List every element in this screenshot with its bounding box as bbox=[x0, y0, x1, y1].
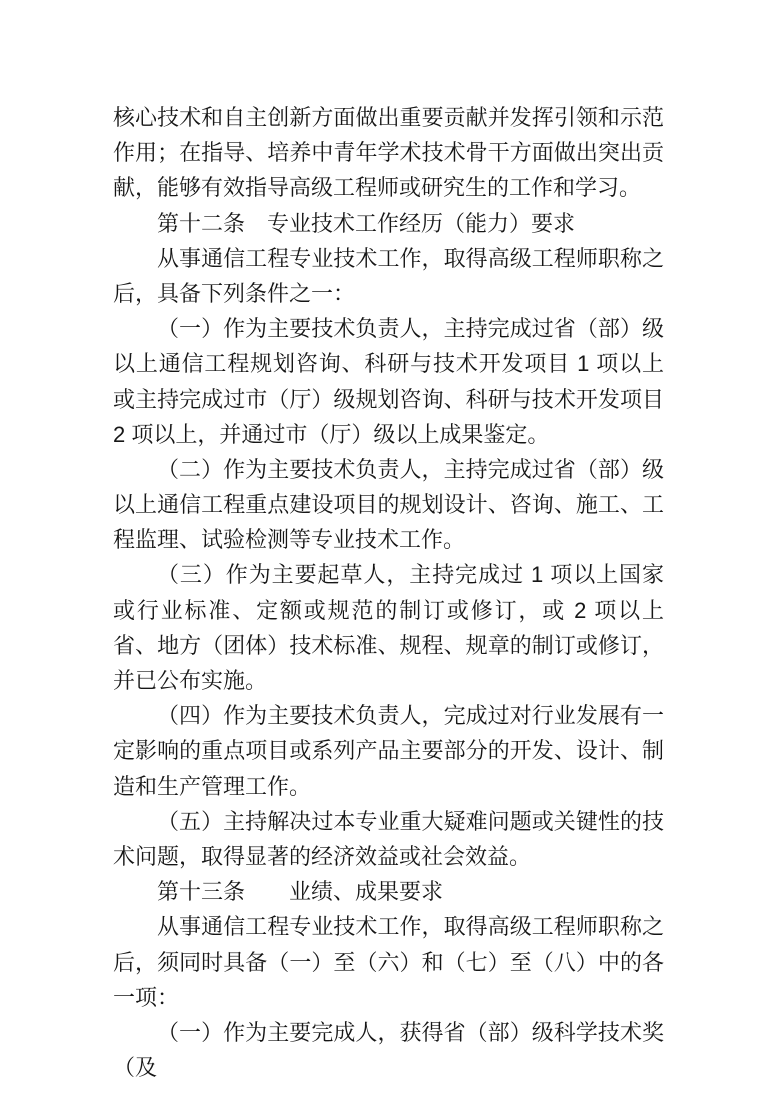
document-content: 核心技术和自主创新方面做出重要贡献并发挥引领和示范作用；在指导、培养中青年学术技… bbox=[0, 0, 777, 1085]
paragraph-article-12-item-5: （五）主持解决过本专业重大疑难问题或关键性的技术问题，取得显著的经济效益或社会效… bbox=[113, 804, 664, 874]
heading-article-12: 第十二条 专业技术工作经历（能力）要求 bbox=[113, 206, 664, 241]
paragraph-article-12-item-4: （四）作为主要技术负责人，完成过对行业发展有一定影响的重点项目或系列产品主要部分… bbox=[113, 698, 664, 804]
paragraph-article-12-item-2: （二）作为主要技术负责人，主持完成过省（部）级以上通信工程重点建设项目的规划设计… bbox=[113, 452, 664, 558]
paragraph-article-12-item-1: （一）作为主要技术负责人，主持完成过省（部）级以上通信工程规划咨询、科研与技术开… bbox=[113, 311, 664, 452]
paragraph-article-12-item-3: （三）作为主要起草人，主持完成过 1 项以上国家或行业标准、定额或规范的制订或修… bbox=[113, 557, 664, 698]
document-page: 核心技术和自主创新方面做出重要贡献并发挥引领和示范作用；在指导、培养中青年学术技… bbox=[0, 0, 777, 1099]
paragraph-article-13-item-1: （一）作为主要完成人，获得省（部）级科学技术奖（及 bbox=[113, 1015, 664, 1085]
paragraph-continuation: 核心技术和自主创新方面做出重要贡献并发挥引领和示范作用；在指导、培养中青年学术技… bbox=[113, 100, 664, 206]
paragraph-article-12-intro: 从事通信工程专业技术工作，取得高级工程师职称之后，具备下列条件之一： bbox=[113, 241, 664, 311]
paragraph-article-13-intro: 从事通信工程专业技术工作，取得高级工程师职称之后，须同时具备（一）至（六）和（七… bbox=[113, 909, 664, 1015]
heading-article-13: 第十三条 业绩、成果要求 bbox=[113, 874, 664, 909]
